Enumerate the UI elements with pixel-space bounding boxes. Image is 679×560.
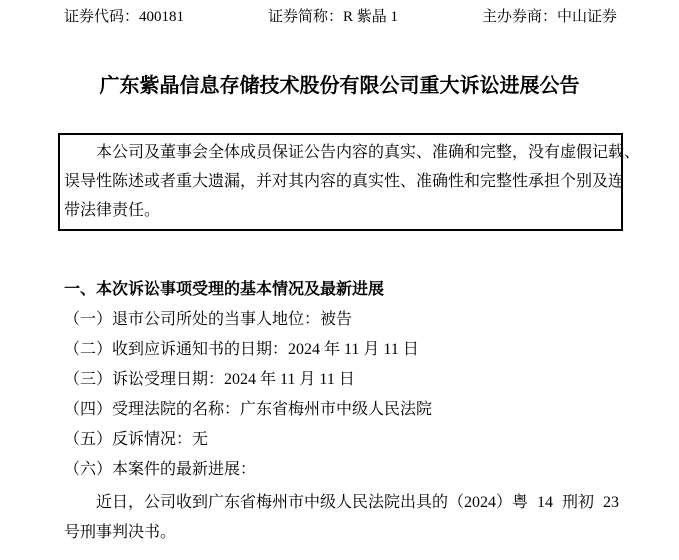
stock-short-name: 证券简称：R 紫晶 1	[268, 7, 398, 27]
list-item-court-name: （四）受理法院的名称：广东省梅州市中级人民法院	[64, 395, 617, 425]
disclaimer-line: 误导性陈述或者重大遗漏，并对其内容的真实性、准确性和完整性承担个别及连	[64, 167, 615, 196]
disclaimer-line: 带法律责任。	[64, 196, 615, 225]
litigation-section: 一、本次诉讼事项受理的基本情况及最新进展 （一）退市公司所处的当事人地位：被告 …	[64, 275, 617, 548]
disclaimer-line: 本公司及董事会全体成员保证公告内容的真实、准确和完整，没有虚假记载、	[64, 138, 615, 167]
announcement-page: 证券代码：400181 证券简称：R 紫晶 1 主办券商：中山证券 广东紫晶信息…	[0, 0, 679, 560]
document-title: 广东紫晶信息存储技术股份有限公司重大诉讼进展公告	[0, 72, 679, 100]
stock-code: 证券代码：400181	[64, 7, 184, 27]
list-item-defendant-status: （一）退市公司所处的当事人地位：被告	[64, 305, 617, 335]
list-item-notice-date: （二）收到应诉通知书的日期：2024 年 11 月 11 日	[64, 335, 617, 365]
progress-paragraph-line: 号刑事判决书。	[64, 518, 617, 548]
list-item-acceptance-date: （三）诉讼受理日期：2024 年 11 月 11 日	[64, 365, 617, 395]
progress-paragraph-line: 近日，公司收到广东省梅州市中级人民法院出具的（2024）粤 14 刑初 23	[64, 488, 617, 518]
list-item-latest-progress: （六）本案件的最新进展：	[64, 455, 617, 485]
list-item-countersuit: （五）反诉情况：无	[64, 425, 617, 455]
document-header: 证券代码：400181 证券简称：R 紫晶 1 主办券商：中山证券	[64, 7, 617, 27]
section-heading: 一、本次诉讼事项受理的基本情况及最新进展	[64, 275, 617, 305]
lead-broker: 主办券商：中山证券	[482, 7, 617, 27]
disclaimer-box: 本公司及董事会全体成员保证公告内容的真实、准确和完整，没有虚假记载、 误导性陈述…	[58, 133, 623, 231]
